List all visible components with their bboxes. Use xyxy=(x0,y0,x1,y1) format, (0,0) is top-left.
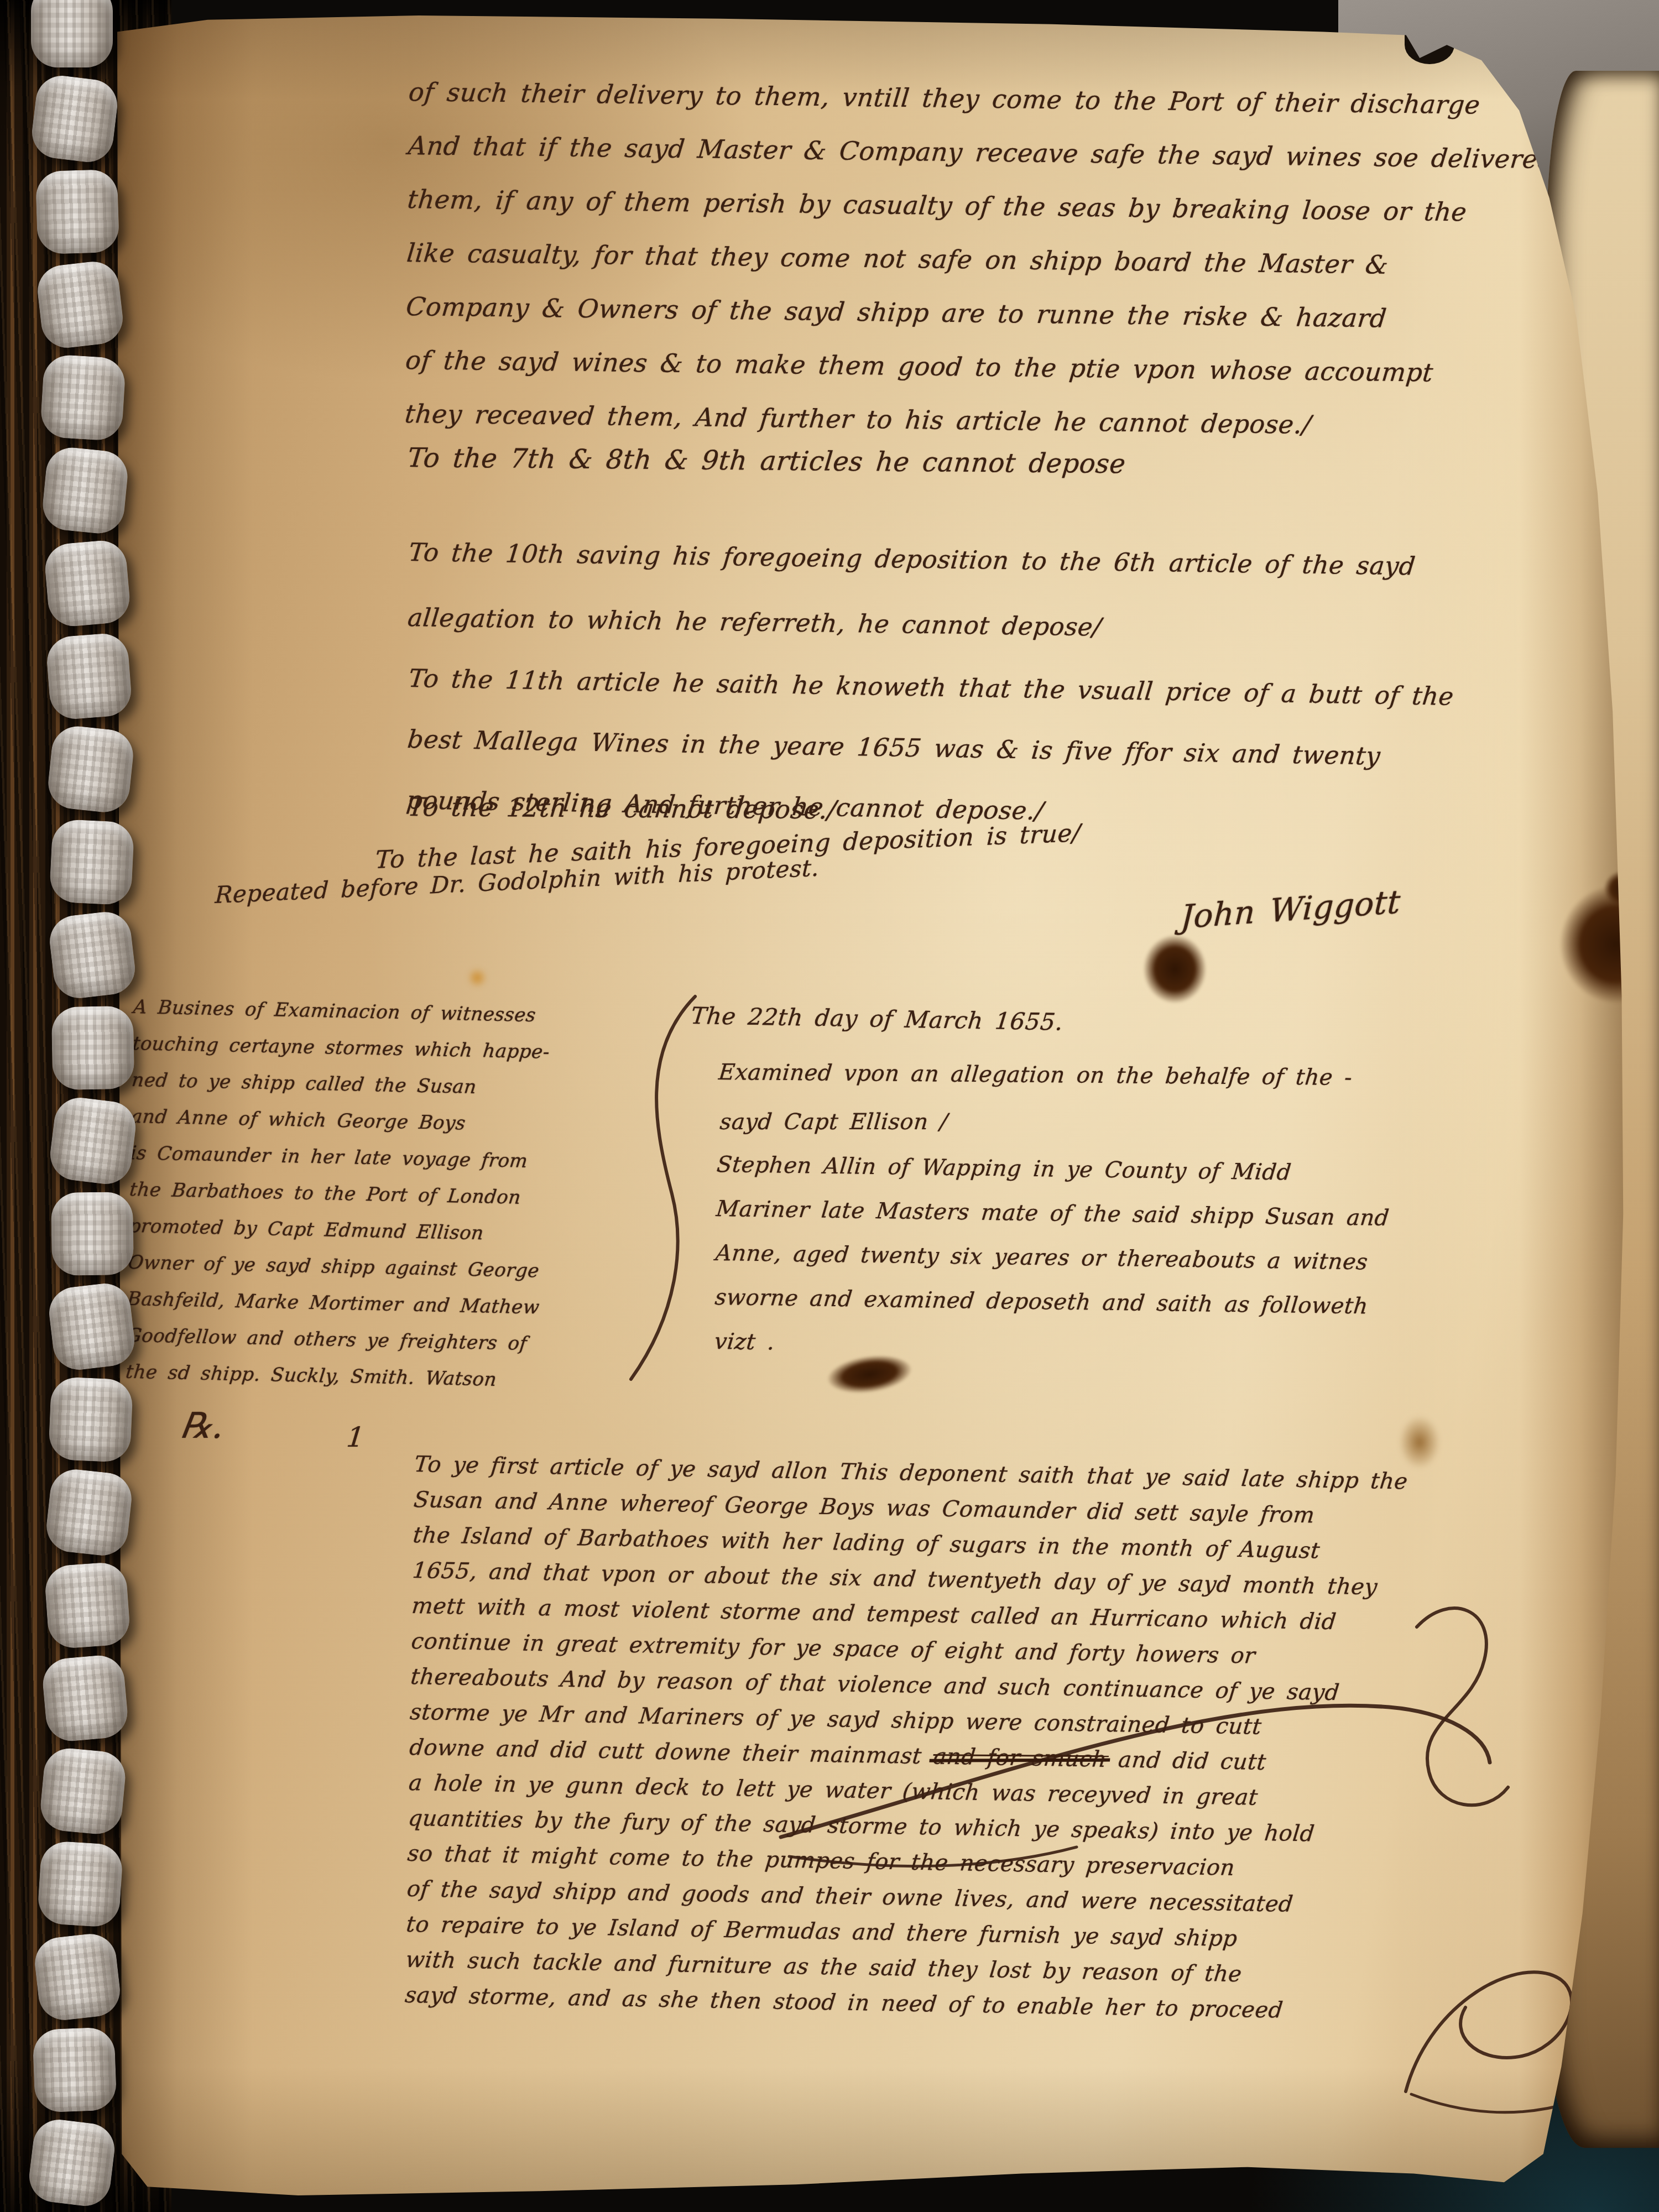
deposition-upper-block: of such their delivery to them, vntill t… xyxy=(405,65,1594,455)
struck-text: and for smuch xyxy=(932,1744,1108,1772)
lace-segment xyxy=(51,1192,134,1276)
lace-segment xyxy=(35,259,126,351)
lace-segment xyxy=(31,0,113,67)
lace-segment xyxy=(35,169,120,255)
lace-segment xyxy=(45,632,133,721)
lace-segment xyxy=(27,2117,118,2209)
lace-segment xyxy=(44,1561,131,1650)
lace-segment xyxy=(32,2027,117,2112)
manuscript-photo: of such their delivery to them, vntill t… xyxy=(0,0,1659,2212)
lace-segment xyxy=(29,73,121,165)
lace-segment xyxy=(51,1006,135,1091)
lace-segment xyxy=(36,1840,123,1928)
curly-brace xyxy=(623,992,712,1385)
lace-segment xyxy=(43,539,132,628)
ink-blot-left xyxy=(1143,935,1207,1004)
spine-lacing xyxy=(0,0,177,2212)
lace-segment xyxy=(41,1653,130,1744)
lace-segment xyxy=(40,354,127,442)
manuscript-page: of such their delivery to them, vntill t… xyxy=(117,12,1625,2198)
lace-segment xyxy=(38,1746,127,1836)
hearing-allegation-line: Examined vpon an allegation on the behal… xyxy=(718,1060,1354,1091)
hearing-party-line: sayd Capt Ellison / xyxy=(719,1109,949,1135)
lace-segment xyxy=(47,1095,138,1187)
margin-case-note: A Busines of Examinacion of witnessestou… xyxy=(126,989,551,1399)
line-text: downe and did cutt downe their mainmast xyxy=(408,1735,935,1769)
main-deposition-block: To ye first article of ye sayd allon Thi… xyxy=(405,1447,1408,2030)
deponent-signature: John Wiggott xyxy=(1180,883,1401,936)
lace-segment xyxy=(46,1281,138,1373)
rust-stain xyxy=(1399,1416,1440,1469)
lace-segment xyxy=(47,909,138,1001)
amber-spot xyxy=(467,968,487,988)
hearing-date-line: The 22th day of March 1655. xyxy=(690,1002,1065,1036)
article-10-block: To the 10th saving his foregoeing deposi… xyxy=(408,520,1416,664)
lace-segment xyxy=(32,1931,123,2023)
manuscript-line: vizt . xyxy=(712,1319,1390,1373)
article-12-line: To the 12th he cannot depose./ xyxy=(406,792,838,825)
lace-segment xyxy=(46,724,136,815)
article-789-line: To the 7th & 8th & 9th articles he canno… xyxy=(406,442,1128,479)
lace-segment xyxy=(49,818,134,905)
line-text: and did cutt xyxy=(1105,1747,1267,1775)
lace-segment xyxy=(48,1376,133,1463)
deponent-intro-block: Stephen Allin of Wapping in ye County of… xyxy=(714,1142,1390,1373)
lace-segment xyxy=(40,445,130,536)
margin-mark: ℞. xyxy=(178,1406,227,1447)
margin-number: 1 xyxy=(345,1421,366,1453)
lace-segment xyxy=(44,1467,134,1558)
